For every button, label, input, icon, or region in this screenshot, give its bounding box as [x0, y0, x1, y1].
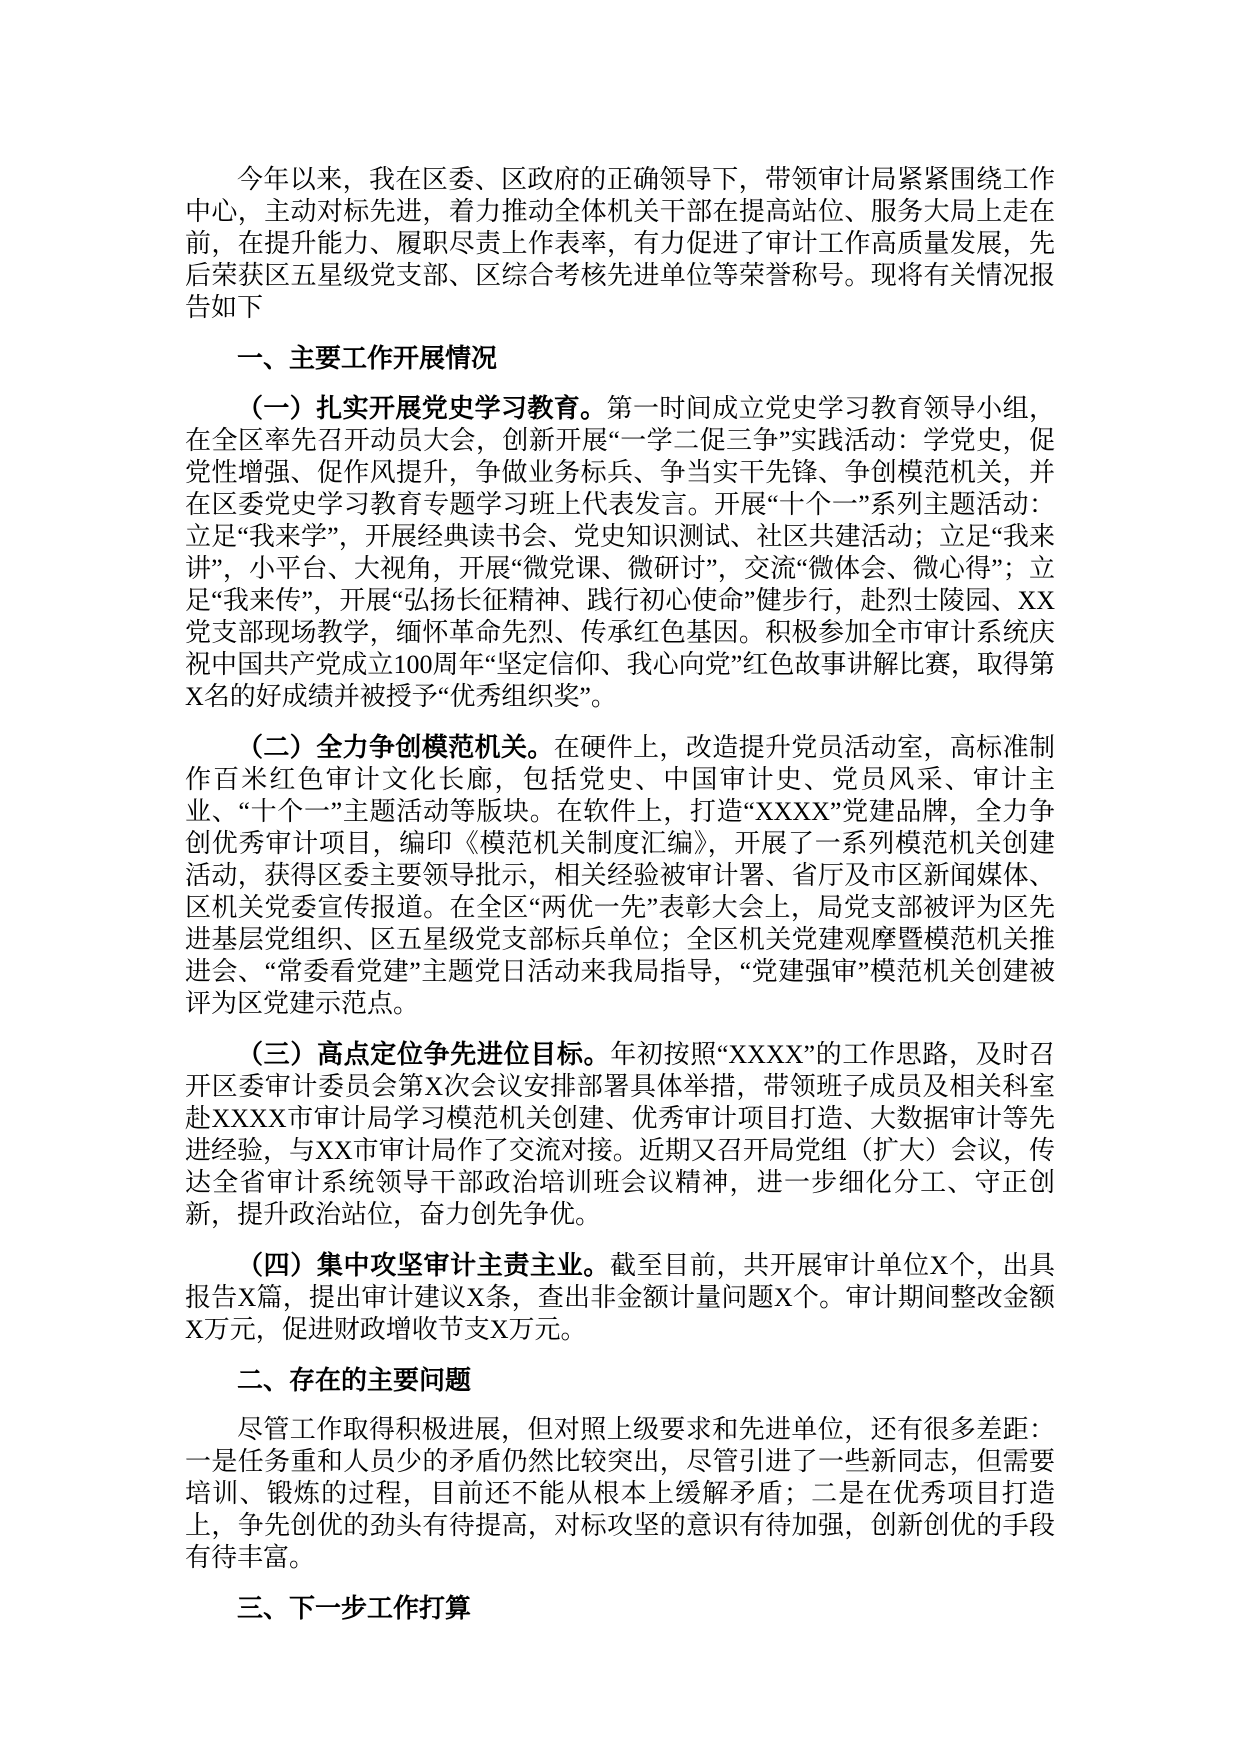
section-3-heading: 三、下一步工作打算: [185, 1592, 1055, 1624]
subsection-2-lead: （二）全力争创模范机关。: [237, 732, 554, 762]
subsection-1-paragraph: （一）扎实开展党史学习教育。第一时间成立党史学习教育领导小组，在全区率先召开动员…: [185, 392, 1055, 713]
subsection-3-paragraph: （三）高点定位争先进位目标。年初按照“XXXX”的工作思路，及时召开区委审计委员…: [185, 1038, 1055, 1231]
subsection-4-paragraph: （四）集中攻坚审计主责主业。截至目前，共开展审计单位X个，出具报告X篇，提出审计…: [185, 1249, 1055, 1346]
subsection-2-body: 在硬件上，改造提升党员活动室，高标准制作百米红色审计文化长廊，包括党史、中国审计…: [185, 733, 1055, 1018]
subsection-1-body: 第一时间成立党史学习教育领导小组，在全区率先召开动员大会，创新开展“一学二促三争…: [185, 394, 1055, 711]
document-page: 今年以来，我在区委、区政府的正确领导下，带领审计局紧紧围绕工作中心，主动对标先进…: [0, 0, 1240, 1754]
intro-paragraph: 今年以来，我在区委、区政府的正确领导下，带领审计局紧紧围绕工作中心，主动对标先进…: [185, 164, 1055, 324]
section-2-heading: 二、存在的主要问题: [185, 1364, 1055, 1396]
subsection-1-lead: （一）扎实开展党史学习教育。: [237, 393, 607, 423]
section-2-paragraph: 尽管工作取得积极进展，但对照上级要求和先进单位，还有很多差距：一是任务重和人员少…: [185, 1414, 1055, 1574]
section-1-heading: 一、主要工作开展情况: [185, 342, 1055, 374]
subsection-4-lead: （四）集中攻坚审计主责主业。: [237, 1250, 610, 1280]
subsection-3-lead: （三）高点定位争先进位目标。: [237, 1039, 610, 1069]
subsection-2-paragraph: （二）全力争创模范机关。在硬件上，改造提升党员活动室，高标准制作百米红色审计文化…: [185, 731, 1055, 1020]
